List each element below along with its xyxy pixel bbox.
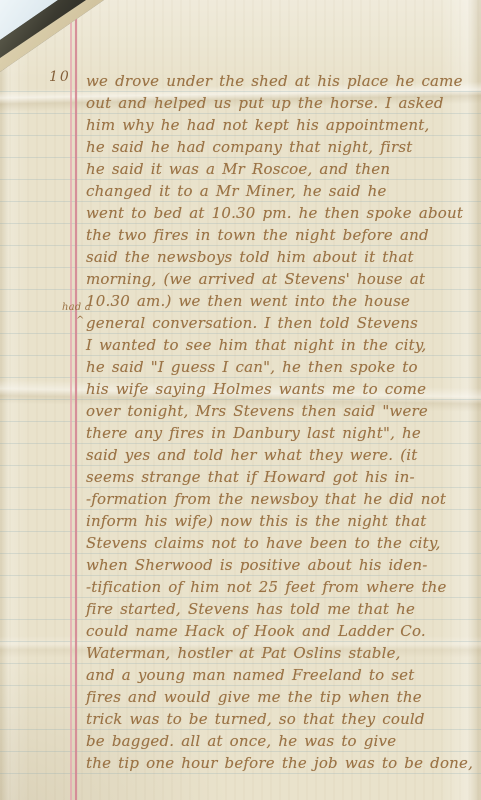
journal-photo: 10 we drove under the shed at his place … <box>0 0 481 800</box>
handwriting-line: he said he had company that night, first <box>86 138 479 160</box>
insertion-caret-mark: ^ <box>76 315 84 326</box>
handwriting-line: fire started, Stevens has told me that h… <box>86 600 479 622</box>
handwriting-line: said yes and told her what they were. (i… <box>86 446 479 468</box>
handwriting-line: general conversation. I then told Steven… <box>86 314 479 336</box>
handwriting-line: his wife saying Holmes wants me to come <box>86 380 479 402</box>
handwriting-line: I wanted to see him that night in the ci… <box>86 336 479 358</box>
handwriting-line: fires and would give me the tip when the <box>86 688 479 710</box>
handwriting-line: went to bed at 10.30 pm. he then spoke a… <box>86 204 479 226</box>
margin-line-outer <box>70 0 72 800</box>
page-number: 10 <box>49 69 71 85</box>
handwriting-line: there any fires in Danbury last night", … <box>86 424 479 446</box>
handwriting-line: Stevens claims not to have been to the c… <box>86 534 479 556</box>
handwriting-line: -formation from the newsboy that he did … <box>86 490 479 512</box>
handwriting-line: he said it was a Mr Roscoe, and then <box>86 160 479 182</box>
handwriting-line: said the newsboys told him about it that <box>86 248 479 270</box>
interlinear-insertion: had a <box>62 302 91 313</box>
handwriting-line: Waterman, hostler at Pat Oslins stable, <box>86 644 479 666</box>
journal-page: 10 we drove under the shed at his place … <box>0 0 481 800</box>
handwriting-line: the two fires in town the night before a… <box>86 226 479 248</box>
handwriting-line: trick was to be turned, so that they cou… <box>86 710 479 732</box>
handwriting-line: 10.30 am.) we then went into the house <box>86 292 479 314</box>
handwriting-lines: we drove under the shed at his place he … <box>86 72 479 776</box>
handwriting-line: be bagged. all at once, he was to give <box>86 732 479 754</box>
handwriting-line: seems strange that if Howard got his in- <box>86 468 479 490</box>
handwriting-line: over tonight, Mrs Stevens then said "wer… <box>86 402 479 424</box>
handwriting-line: when Sherwood is positive about his iden… <box>86 556 479 578</box>
handwriting-line: and a young man named Freeland to set <box>86 666 479 688</box>
margin-line-inner <box>75 0 77 800</box>
handwriting-line: the tip one hour before the job was to b… <box>86 754 479 776</box>
handwriting-line: out and helped us put up the horse. I as… <box>86 94 479 116</box>
handwriting-line: -tification of him not 25 feet from wher… <box>86 578 479 600</box>
handwriting-line: him why he had not kept his appointment, <box>86 116 479 138</box>
handwriting-line: could name Hack of Hook and Ladder Co. <box>86 622 479 644</box>
handwriting-line: changed it to a Mr Miner, he said he <box>86 182 479 204</box>
handwriting-line: we drove under the shed at his place he … <box>86 72 479 94</box>
handwriting-line: morning, (we arrived at Stevens' house a… <box>86 270 479 292</box>
handwriting-line: inform his wife) now this is the night t… <box>86 512 479 534</box>
handwriting-line: he said "I guess I can", he then spoke t… <box>86 358 479 380</box>
